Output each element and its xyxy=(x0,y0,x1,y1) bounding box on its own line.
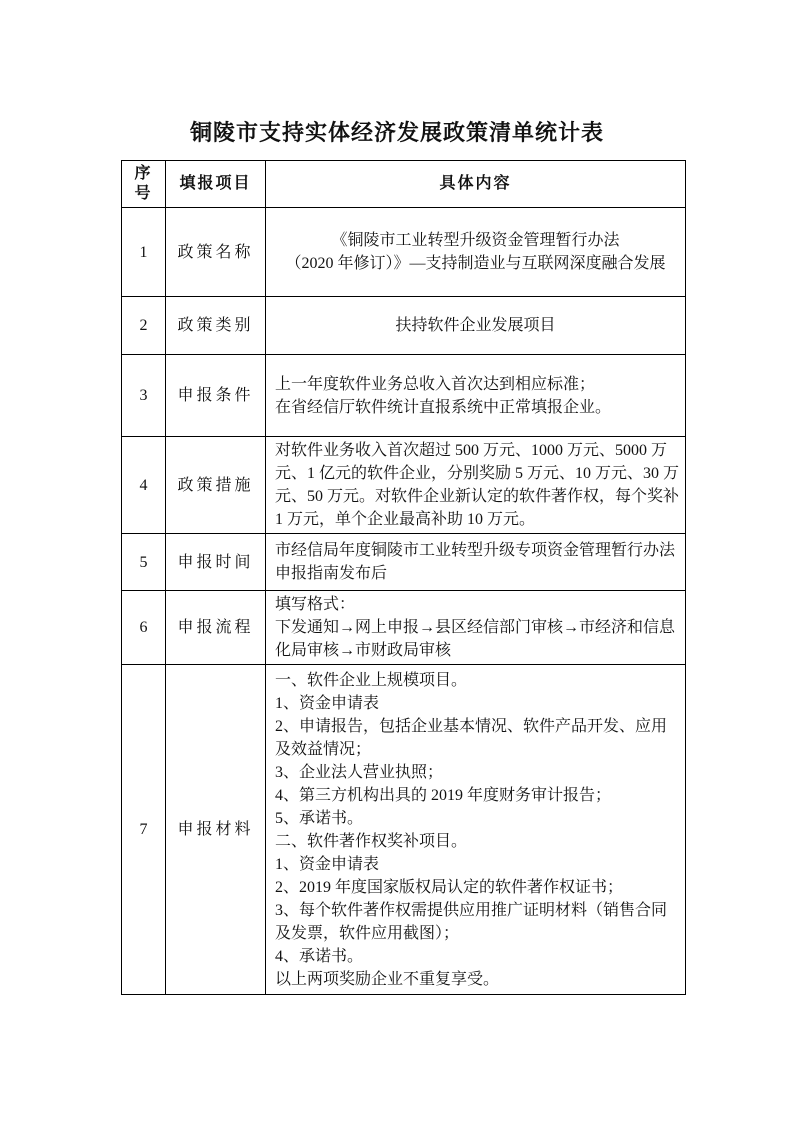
row-content: 市经信局年度铜陵市工业转型升级专项资金管理暂行办法申报指南发布后 xyxy=(266,534,686,591)
table-row: 1 政策名称 《铜陵市工业转型升级资金管理暂行办法 （2020 年修订）》—支持… xyxy=(122,208,686,297)
table-row: 2 政策类别 扶持软件企业发展项目 xyxy=(122,297,686,355)
table-row: 6 申报流程 填写格式： 下发通知→网上申报→县区经信部门审核→市经济和信息化局… xyxy=(122,591,686,665)
table-row: 4 政策措施 对软件业务收入首次超过 500 万元、1000 万元、5000 万… xyxy=(122,437,686,534)
row-number: 4 xyxy=(122,437,166,534)
row-item: 申报条件 xyxy=(166,355,266,437)
row-content: 一、软件企业上规模项目。 1、资金申请表 2、申请报告，包括企业基本情况、软件产… xyxy=(266,665,686,995)
row-content: 扶持软件企业发展项目 xyxy=(266,297,686,355)
row-content: 上一年度软件业务总收入首次达到相应标准； 在省经信厅软件统计直报系统中正常填报企… xyxy=(266,355,686,437)
document-page: 铜陵市支持实体经济发展政策清单统计表 序号 填报项目 具体内容 1 政策名称 《… xyxy=(0,0,794,1122)
table-row: 5 申报时间 市经信局年度铜陵市工业转型升级专项资金管理暂行办法申报指南发布后 xyxy=(122,534,686,591)
table-row: 3 申报条件 上一年度软件业务总收入首次达到相应标准； 在省经信厅软件统计直报系… xyxy=(122,355,686,437)
page-title: 铜陵市支持实体经济发展政策清单统计表 xyxy=(0,0,794,147)
table-header-row: 序号 填报项目 具体内容 xyxy=(122,161,686,208)
row-content: 《铜陵市工业转型升级资金管理暂行办法 （2020 年修订）》—支持制造业与互联网… xyxy=(266,208,686,297)
policy-table: 序号 填报项目 具体内容 1 政策名称 《铜陵市工业转型升级资金管理暂行办法 （… xyxy=(121,160,686,995)
row-content: 对软件业务收入首次超过 500 万元、1000 万元、5000 万元、1 亿元的… xyxy=(266,437,686,534)
row-item: 申报流程 xyxy=(166,591,266,665)
row-item: 申报时间 xyxy=(166,534,266,591)
row-item: 政策措施 xyxy=(166,437,266,534)
row-item: 政策名称 xyxy=(166,208,266,297)
header-content: 具体内容 xyxy=(266,161,686,208)
row-content: 填写格式： 下发通知→网上申报→县区经信部门审核→市经济和信息化局审核→市财政局… xyxy=(266,591,686,665)
row-number: 7 xyxy=(122,665,166,995)
header-filing-item: 填报项目 xyxy=(166,161,266,208)
row-number: 5 xyxy=(122,534,166,591)
row-number: 6 xyxy=(122,591,166,665)
row-number: 2 xyxy=(122,297,166,355)
header-serial-number: 序号 xyxy=(122,161,166,208)
row-number: 1 xyxy=(122,208,166,297)
row-number: 3 xyxy=(122,355,166,437)
row-item: 政策类别 xyxy=(166,297,266,355)
row-item: 申报材料 xyxy=(166,665,266,995)
table-row: 7 申报材料 一、软件企业上规模项目。 1、资金申请表 2、申请报告，包括企业基… xyxy=(122,665,686,995)
